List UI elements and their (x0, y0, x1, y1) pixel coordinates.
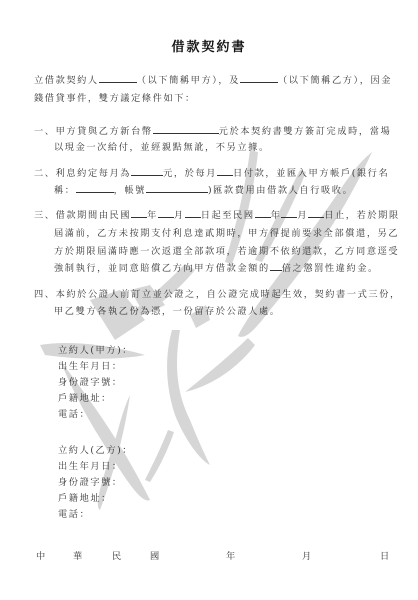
clause-3-text-d: 強制執行，並同意賠償乙方向甲方借款金額的 (54, 263, 270, 274)
clause-2-line-1: 二、利息約定每月為元，於每月日付款，並匯入甲方帳戶(銀行名 (34, 165, 389, 179)
date-char-hua: 華 (73, 548, 82, 562)
intro-text-a: 立借款契約人 (34, 75, 99, 86)
party-a-label: 立約人(甲方)： (58, 342, 133, 356)
party-a-birth-label: 出生年月日： (58, 358, 123, 372)
date-day-label: 日 (380, 548, 389, 562)
penalty-multiple-blank[interactable] (270, 261, 282, 271)
clause-3-month-label: 月 (174, 210, 185, 221)
payment-day-blank[interactable] (217, 166, 233, 176)
clause-4-line-1: 四、本約於公證人前訂立並公證之，自公證完成時起生效，契約書一式三份， (34, 286, 401, 300)
clause-3-text-b: 日起至民國 (201, 210, 255, 221)
start-year-blank[interactable] (131, 208, 147, 218)
party-b-blank[interactable] (240, 73, 278, 83)
intro-text-b: （以下簡稱甲方），及 (137, 75, 240, 86)
clause-3-line-2: 屆滿前，乙方未按期支付利息達貳期時，甲方得提前要求全部償還，另乙 (54, 225, 399, 239)
clause-2-text-a: 利息約定每月為 (56, 168, 132, 179)
end-year-blank[interactable] (255, 208, 271, 218)
clause-1-text-a: 甲方貸與乙方新台幣 (56, 126, 153, 137)
party-b-phone-label: 電話： (58, 506, 90, 520)
clause-1-number: 一、 (34, 126, 56, 137)
clause-3-line-1: 三、借款期間由民國年月日起至民國年月日止，若於期限 (34, 207, 400, 221)
clause-2-text-f: )匯款費用由借款人自行吸收。 (208, 185, 353, 196)
clause-2-text-c: 日付款，並匯入甲方帳戶(銀行名 (233, 168, 389, 179)
loan-contract-page: 借款契約書 立借款契約人（以下簡稱甲方），及（以下簡稱乙方），因金 錢借貸事件，… (0, 0, 418, 600)
date-char-zhong: 中 (36, 548, 45, 562)
party-b-address-label: 戶籍地址： (58, 490, 112, 504)
end-month-blank[interactable] (281, 208, 297, 218)
clause-1-line-2: 以現金一次給付，並經親點無訛，不另立據。 (54, 139, 270, 153)
clause-2-number: 二、 (34, 168, 56, 179)
party-a-address-label: 戶籍地址： (58, 390, 112, 404)
date-year-label: 年 (226, 548, 235, 562)
clause-3-number: 三、 (34, 210, 56, 221)
clause-2-text-d: 稱： (54, 185, 76, 196)
interest-amount-blank[interactable] (131, 166, 163, 176)
party-a-phone-label: 電話： (58, 406, 90, 420)
intro-line-1: 立借款契約人（以下簡稱甲方），及（以下簡稱乙方），因金 (34, 72, 392, 86)
end-day-blank[interactable] (308, 208, 324, 218)
party-b-id-label: 身份證字號： (58, 474, 123, 488)
party-a-id-label: 身份證字號： (58, 374, 123, 388)
clause-2-text-b: 元，於每月 (163, 168, 217, 179)
intro-text-c: （以下簡稱乙方），因金 (278, 75, 392, 86)
party-b-birth-label: 出生年月日： (58, 458, 123, 472)
loan-amount-blank[interactable] (153, 124, 219, 134)
bank-name-blank[interactable] (76, 183, 114, 193)
date-char-min: 民 (112, 548, 121, 562)
clause-4-line-2: 甲乙雙方各執乙份為憑，一份留存於公證人處。 (54, 303, 281, 317)
date-char-guo: 國 (150, 548, 159, 562)
clause-3-year-label: 年 (147, 210, 158, 221)
party-a-blank[interactable] (99, 73, 137, 83)
clause-3-line-3: 方於期限屆滿時應一次返還全部款項，若逾期不依約還款，乙方同意逕受 (54, 243, 399, 257)
clause-2-line-2: 稱：，帳號)匯款費用由借款人自行吸收。 (54, 182, 353, 196)
clause-4-text-a: 本約於公證人前訂立並公證之，自公證完成時起生效，契約書一式三份， (56, 289, 401, 300)
clause-3-text-c: 日止，若於期限 (324, 210, 400, 221)
clause-3-year-label-2: 年 (271, 210, 282, 221)
clause-1-line-1: 一、甲方貸與乙方新台幣元於本契約書雙方簽訂完成時，當場 (34, 123, 391, 137)
start-month-blank[interactable] (158, 208, 174, 218)
party-b-label: 立約人(乙方)： (58, 442, 133, 456)
clause-1-text-b: 元於本契約書雙方簽訂完成時，當場 (219, 126, 392, 137)
date-month-label: 月 (302, 548, 311, 562)
clause-3-text-a: 借款期間由民國 (56, 210, 132, 221)
clause-3-text-e: 倍之懲罰性違約金。 (282, 263, 379, 274)
intro-line-2: 錢借貸事件，雙方議定條件如下： (34, 90, 196, 104)
clause-3-line-4: 強制執行，並同意賠償乙方向甲方借款金額的倍之懲罰性違約金。 (54, 260, 379, 274)
start-day-blank[interactable] (185, 208, 201, 218)
clause-4-number: 四、 (34, 289, 56, 300)
clause-2-text-e: ，帳號 (114, 185, 146, 196)
document-title: 借款契約書 (0, 36, 418, 55)
account-number-blank[interactable] (146, 183, 208, 193)
clause-3-month-label-2: 月 (297, 210, 308, 221)
